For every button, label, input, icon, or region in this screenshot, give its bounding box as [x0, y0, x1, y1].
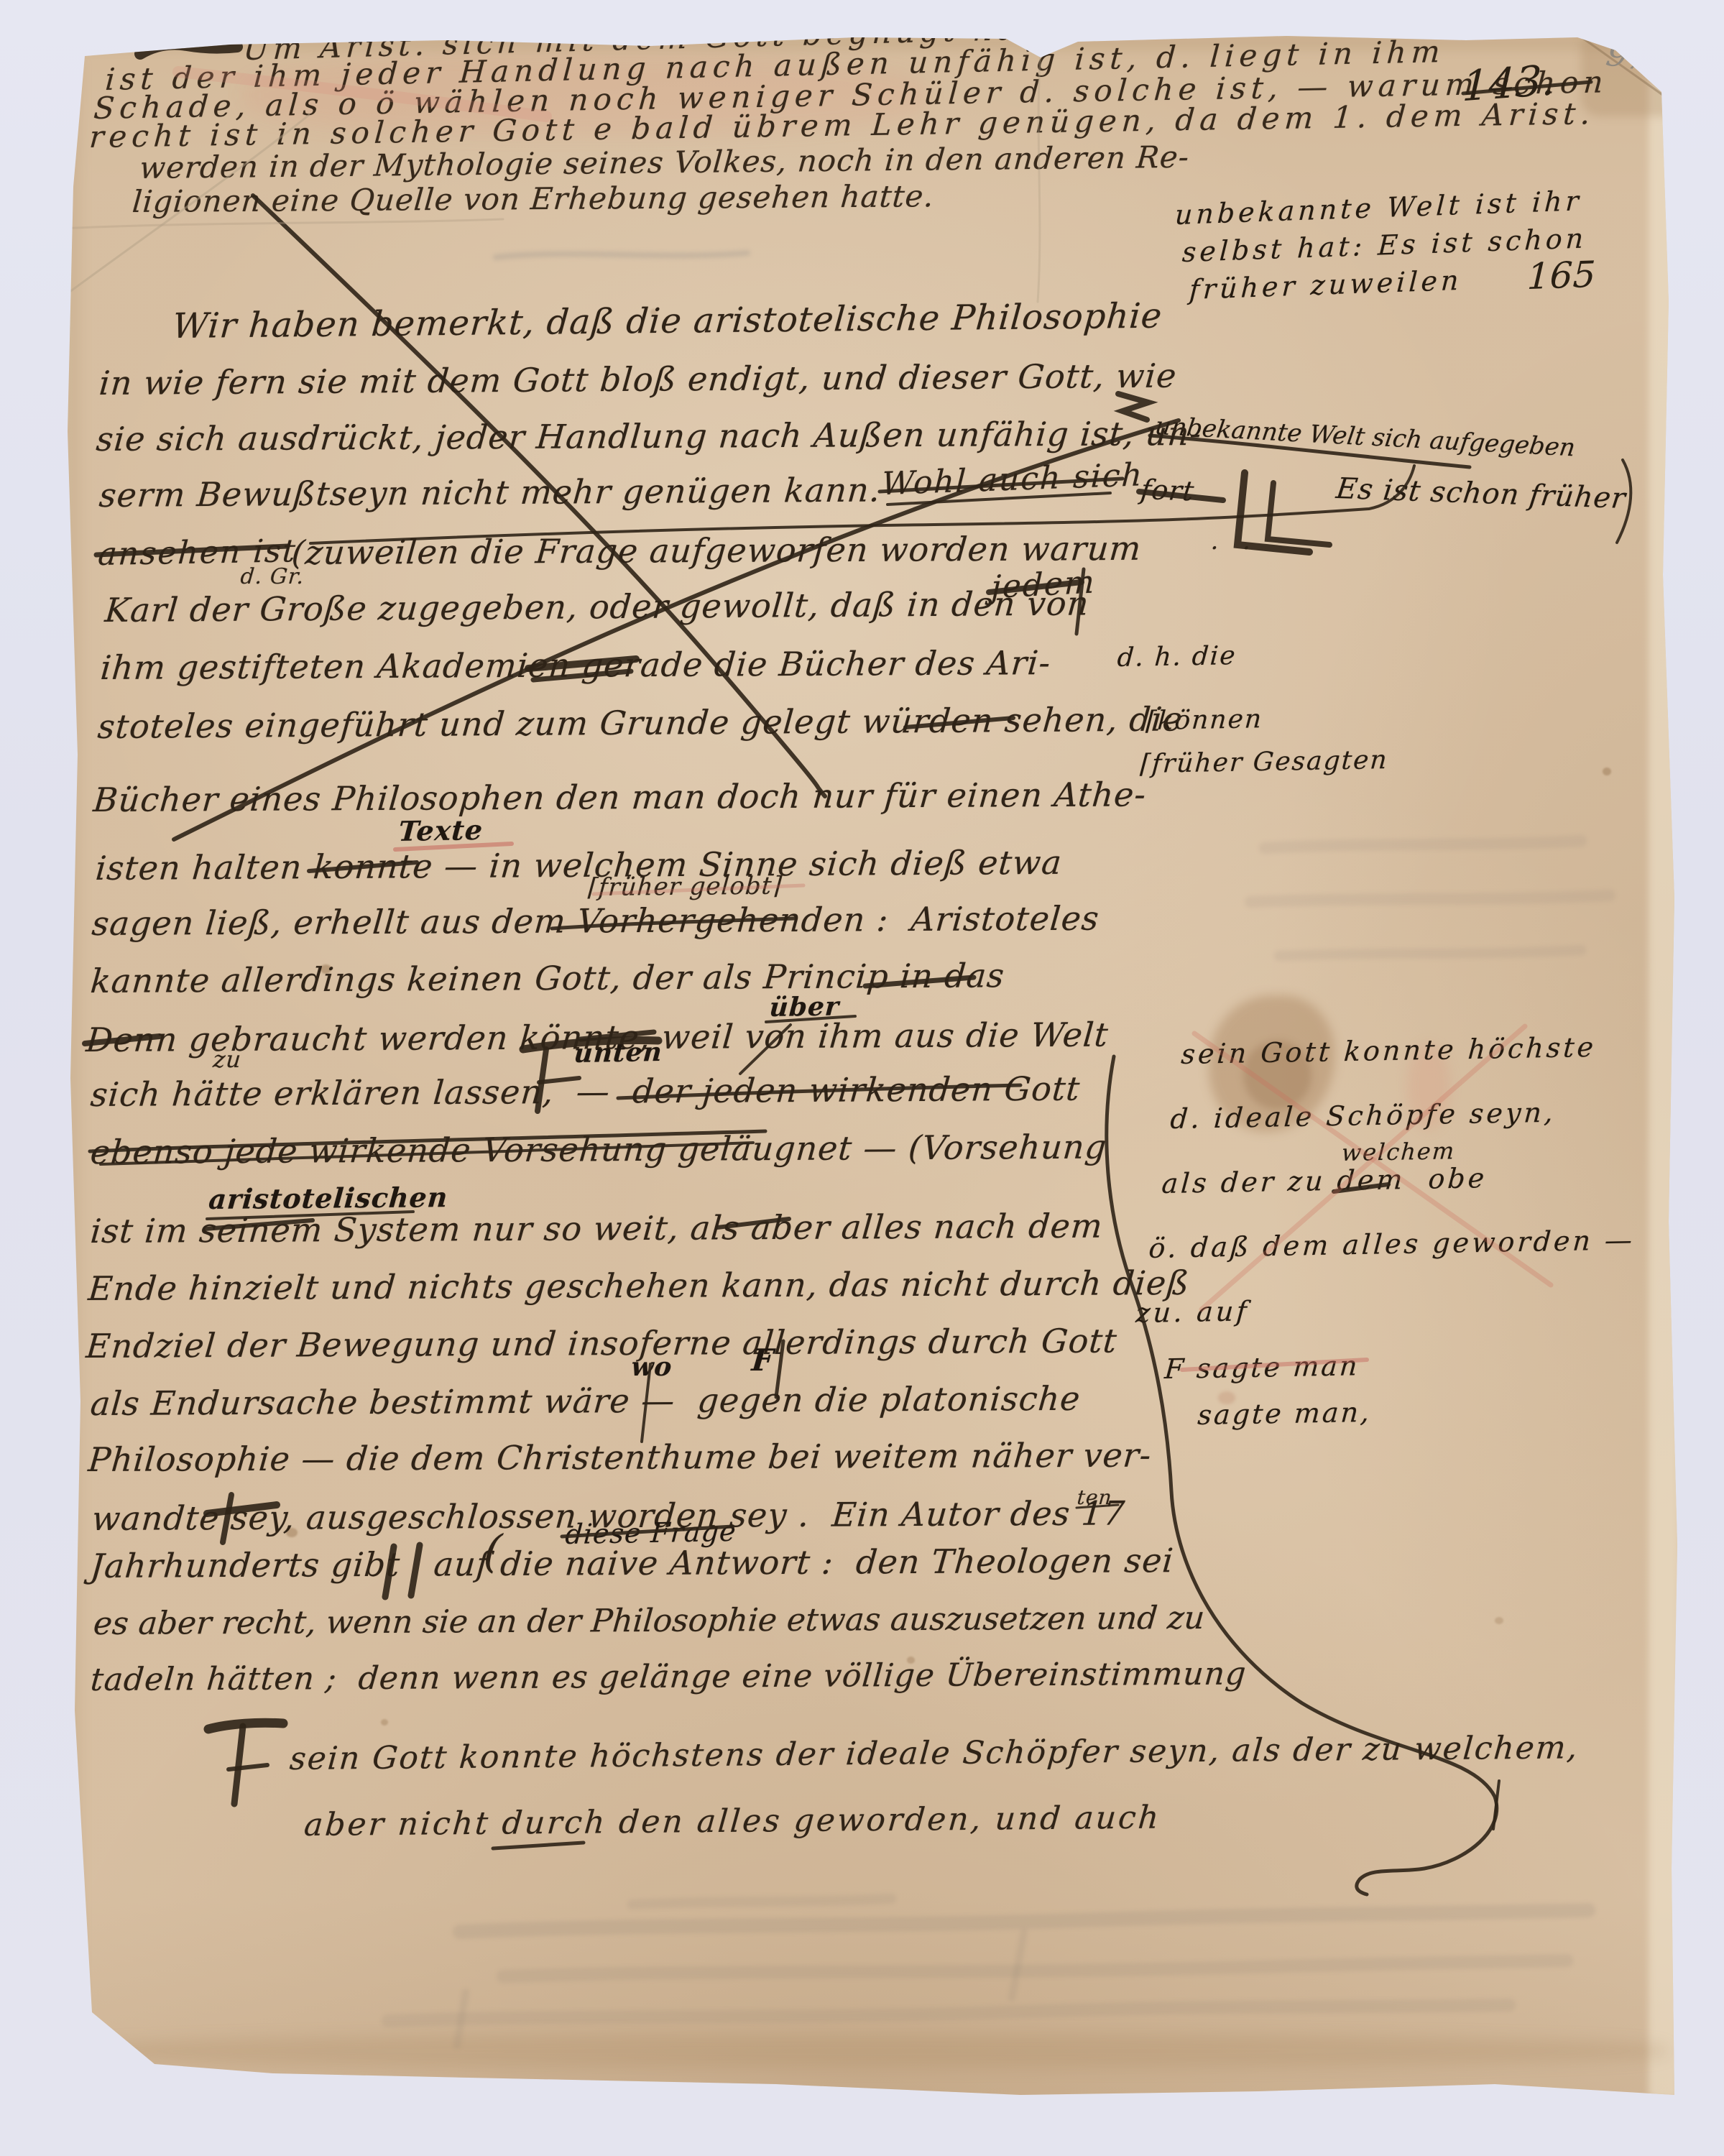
margin-note-struck: unbekannte Welt sich aufgegeben [1153, 414, 1577, 460]
manuscript-page: Um Arist. sich mit dem Gott begnügt hätt… [0, 0, 1724, 2156]
main-line: ist im seinem System nur so weit, als ab… [89, 1210, 1104, 1248]
main-line: sich hätte erklären lassen, — der jeden … [89, 1072, 1082, 1111]
main-line: kannte allerdings keinen Gott, der als P… [89, 959, 1006, 998]
main-line: isten halten konnte — in welchem Sinne s… [94, 846, 1063, 885]
margin-note-top-right: früher zuweilen [1189, 267, 1462, 303]
pencil-folio-number: 97 [1603, 34, 1653, 78]
main-line: Endziel der Bewegung und insoferne aller… [85, 1324, 1118, 1363]
scanner-background: Um Arist. sich mit dem Gott begnügt hätt… [0, 0, 1724, 2156]
interlinear-insertion: welchem [1341, 1139, 1457, 1164]
main-line: Bücher eines Philosophen den man doch nu… [92, 778, 1148, 816]
main-line: es aber recht, wenn sie an der Philosoph… [92, 1603, 1205, 1640]
margin-note: ⌈früher Gesagten [1139, 747, 1388, 778]
main-line: als Endursache bestimmt wäre — gegen die… [89, 1382, 1082, 1420]
main-line: (zuweilen die Frage aufgeworfen worden w… [290, 532, 1143, 569]
crossed-intro-line: ligionen eine Quelle von Erhebung gesehe… [132, 181, 936, 217]
main-line: tadeln hätten ; denn wenn es gelänge ein… [89, 1659, 1248, 1696]
margin-draft-note: ö. daß dem alles geworden — [1148, 1226, 1636, 1262]
margin-draft-note: sein Gott konnte höchste [1180, 1033, 1597, 1068]
interlinear-insertion: ⌈früher gelobt⌉ [587, 874, 783, 900]
main-line: Ende hinzielt und nichts geschehen kann,… [87, 1266, 1191, 1305]
margin-draft-note: d. ideale Schöpfe seyn, [1169, 1099, 1557, 1133]
margin-note-struck: fort [1139, 476, 1196, 505]
margin-draft-note: als der zu dem obe [1161, 1164, 1488, 1197]
margin-note: Es ist schon früher [1335, 474, 1628, 513]
page-number: 165 [1526, 254, 1596, 298]
margin-note-top-right: unbekannte Welt ist ihr [1174, 187, 1583, 229]
main-line: sie sich ausdrückt, jeder Handlung nach … [95, 417, 1203, 456]
margin-note-top-right: selbst hat: Es ist schon [1181, 224, 1587, 266]
footnote-reference-mark: F [750, 1345, 775, 1376]
main-line: serm Bewußtseyn nicht mehr genügen kann. [98, 473, 882, 512]
struck-phrase: Wohl auch sich [881, 459, 1144, 500]
interlinear-insertion: d. Gr. [239, 566, 305, 588]
interlinear-insertion: unten [573, 1039, 663, 1067]
main-line: in wie fern sie mit dem Gott bloß endigt… [98, 359, 1178, 400]
crossed-out-page-number: 143. [1462, 55, 1556, 111]
margin-note-struck-red: F sagte man [1163, 1352, 1360, 1383]
interlinear-insertion: wo [630, 1354, 673, 1380]
interpunct-dots: · · [1209, 536, 1254, 561]
crossed-intro-line: werden in der Mythologie seines Volkes, … [139, 142, 1191, 183]
footnote-line: sein Gott konnte höchstens der ideale Sc… [289, 1732, 1580, 1775]
interlinear-insertion: Texte [397, 816, 484, 845]
main-line: Philosophie — die dem Christenthume bei … [87, 1439, 1153, 1476]
main-line: sagen ließ, erhellt aus dem Vorhergehend… [91, 902, 1100, 940]
margin-note: sagte man, [1197, 1399, 1372, 1429]
main-line: Jahrhunderts gibt auf die naive Antwort … [89, 1544, 1175, 1583]
main-line: ihm gestifteten Akademien gerade die Büc… [99, 646, 1052, 684]
interlinear-insertion: aristotelischen [208, 1184, 449, 1213]
superscript: ten [1077, 1488, 1113, 1508]
interlinear-insertion: zu [212, 1048, 242, 1071]
margin-note: d. h. die [1116, 643, 1237, 671]
main-line: ebenso jede wirkende Vorsehung geläugnet… [89, 1130, 1108, 1169]
handwriting-layer: Um Arist. sich mit dem Gott begnügt hätt… [0, 0, 1724, 2156]
main-line: stoteles eingeführt und zum Grunde geleg… [96, 702, 1184, 743]
main-line: Wir haben bemerkt, daß die aristotelisch… [171, 299, 1163, 344]
main-line: Karl der Große zugegeben, oder gewollt, … [103, 586, 1090, 627]
margin-draft-note: zu. auf [1135, 1297, 1250, 1327]
footnote-line: aber nicht durch den alles geworden, und… [303, 1802, 1162, 1841]
